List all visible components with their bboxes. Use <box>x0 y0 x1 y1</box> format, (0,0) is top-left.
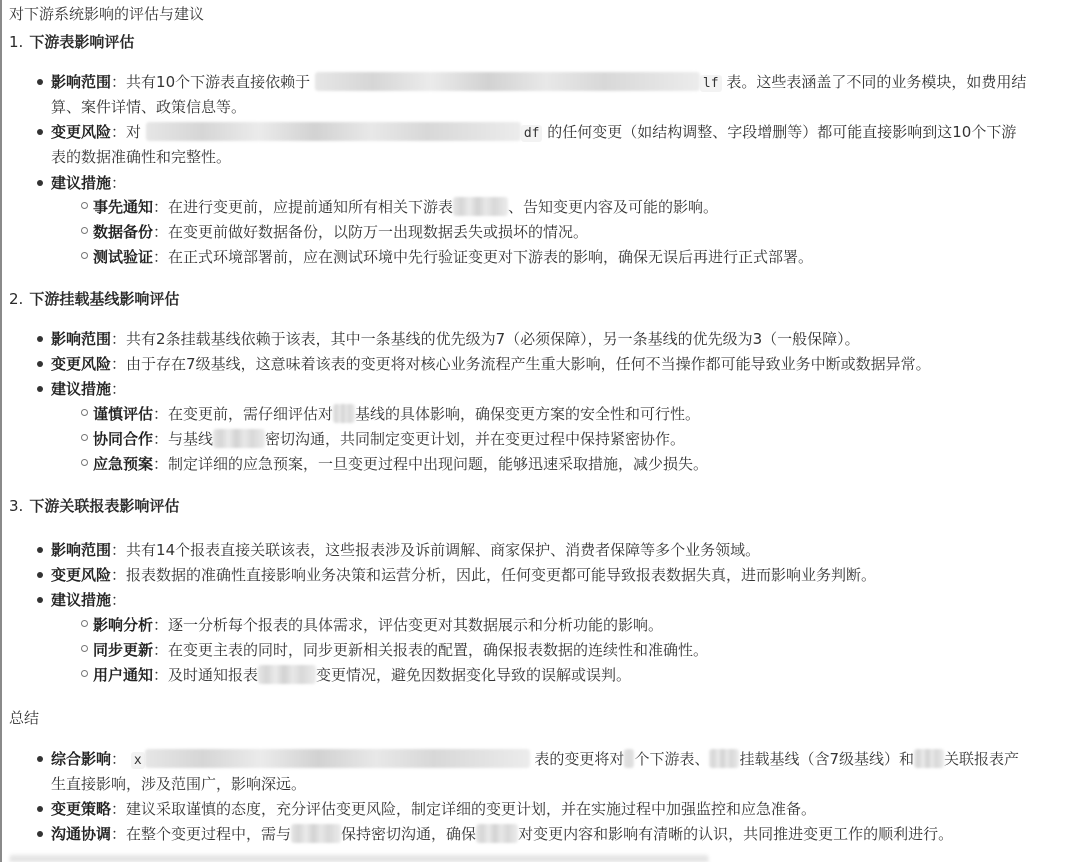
separator: ： <box>153 616 168 634</box>
item-text: 的任何变更（如结构调整、字段增删等）都可能直接影响到这10个下游 <box>547 123 1016 141</box>
separator: ： <box>111 380 126 398</box>
separator: ： <box>153 223 168 241</box>
list-item: 建议措施： <box>51 378 126 399</box>
item-label: 用户通知 <box>93 666 153 684</box>
item-label: 事先通知 <box>93 198 153 216</box>
sub-list-item: 影响分析：逐一分析每个报表的具体需求，评估变更对其数据展示和分析功能的影响。 <box>93 614 663 635</box>
section-title: 下游关联报表影响评估 <box>29 497 179 515</box>
item-text: 与基线 <box>168 430 213 448</box>
item-text: 基线的具体影响，确保变更方案的安全性和可行性。 <box>355 405 700 423</box>
list-item: 变更风险：由于存在7级基线，这意味着该表的变更将对核心业务流程产生重大影响，任何… <box>51 353 931 374</box>
separator: ： <box>111 566 126 584</box>
list-item-continuation: 表的数据准确性和完整性。 <box>51 146 231 167</box>
item-text: 表。这些表涵盖了不同的业务模块，如费用结 <box>726 73 1026 91</box>
list-item: 沟通协调：在整个变更过程中，需与保持密切沟通，确保对变更内容和影响有清晰的认识，… <box>51 823 953 844</box>
circle-bullet-icon <box>81 227 88 234</box>
item-label: 影响分析 <box>93 616 153 634</box>
sub-list-item: 应急预案：制定详细的应急预案，一旦变更过程中出现问题，能够迅速采取措施，减少损失… <box>93 453 708 474</box>
bullet-icon <box>37 831 43 837</box>
item-label: 数据备份 <box>93 223 153 241</box>
separator: ： <box>111 825 126 843</box>
separator: ： <box>111 330 126 348</box>
table-name-suffix: df <box>521 125 543 142</box>
sub-list-item: 用户通知：及时通知报表变更情况，避免因数据变化导致的误解或误判。 <box>93 664 631 685</box>
item-text: 在进行变更前，应提前通知所有相关下游表 <box>168 198 453 216</box>
redacted-text <box>146 122 521 141</box>
item-label: 影响范围 <box>51 541 111 559</box>
sub-list-item: 数据备份：在变更前做好数据备份，以防万一出现数据丢失或损坏的情况。 <box>93 221 588 242</box>
item-text: 、告知变更内容及可能的影响。 <box>508 198 718 216</box>
item-label: 综合影响 <box>51 750 111 768</box>
separator: ： <box>111 750 126 768</box>
redacted-text <box>258 665 316 684</box>
separator: ： <box>153 666 168 684</box>
list-item: 变更策略：建议采取谨慎的态度，充分评估变更风险，制定详细的变更计划，并在实施过程… <box>51 798 816 819</box>
section-number: 2. <box>9 290 23 308</box>
item-text: 在变更前做好数据备份，以防万一出现数据丢失或损坏的情况。 <box>168 223 588 241</box>
list-item: 变更风险：对 df 的任何变更（如结构调整、字段增删等）都可能直接影响到这10个… <box>51 121 1016 142</box>
item-text: 在变更主表的同时，同步更新相关报表的配置，确保报表数据的连续性和准确性。 <box>168 641 708 659</box>
item-text: 对变更内容和影响有清晰的认识，共同推进变更工作的顺利进行。 <box>518 825 953 843</box>
item-label: 建议措施 <box>51 591 111 609</box>
bullet-icon <box>37 361 43 367</box>
separator: ： <box>111 123 126 141</box>
separator: ： <box>153 405 168 423</box>
item-label: 变更策略 <box>51 800 111 818</box>
redacted-text <box>709 749 739 768</box>
list-item-continuation: 生直接影响，涉及范围广，影响深远。 <box>51 773 306 794</box>
redacted-text <box>315 72 700 91</box>
item-label: 应急预案 <box>93 455 153 473</box>
section-1-heading: 1.下游表影响评估 <box>9 31 134 52</box>
separator: ： <box>153 455 168 473</box>
list-item-continuation: 算、案件详情、政策信息等。 <box>51 96 246 117</box>
circle-bullet-icon <box>81 620 88 627</box>
circle-bullet-icon <box>81 459 88 466</box>
sub-list-item: 协同合作：与基线密切沟通，共同制定变更计划，并在变更过程中保持紧密协作。 <box>93 428 685 449</box>
item-label: 沟通协调 <box>51 825 111 843</box>
list-item: 影响范围：共有14个报表直接关联该表，这些报表涉及诉前调解、商家保护、消费者保障… <box>51 539 760 560</box>
bullet-icon <box>37 129 43 135</box>
item-label: 影响范围 <box>51 73 111 91</box>
sub-list-item: 测试验证：在正式环境部署前，应在测试环境中先行验证变更对下游表的影响，确保无误后… <box>93 246 813 267</box>
list-item: 建议措施： <box>51 589 126 610</box>
item-text: 逐一分析每个报表的具体需求，评估变更对其数据展示和分析功能的影响。 <box>168 616 663 634</box>
table-name-suffix: lf <box>700 75 722 92</box>
item-text: 由于存在7级基线，这意味着该表的变更将对核心业务流程产生重大影响，任何不当操作都… <box>126 355 931 373</box>
section-3-heading: 3.下游关联报表影响评估 <box>9 495 179 516</box>
redacted-text <box>333 404 355 423</box>
separator: ： <box>153 198 168 216</box>
separator: ： <box>111 355 126 373</box>
list-item: 影响范围：共有10个下游表直接依赖于 lf 表。这些表涵盖了不同的业务模块，如费… <box>51 71 1026 92</box>
list-item: 变更风险：报表数据的准确性直接影响业务决策和运营分析，因此，任何变更都可能导致报… <box>51 564 876 585</box>
list-item: 建议措施： <box>51 172 126 193</box>
item-text: 变更情况，避免因数据变化导致的误解或误判。 <box>316 666 631 684</box>
item-text: 共有14个报表直接关联该表，这些报表涉及诉前调解、商家保护、消费者保障等多个业务… <box>126 541 760 559</box>
item-text: 报表数据的准确性直接影响业务决策和运营分析，因此，任何变更都可能导致报表数据失真… <box>126 566 876 584</box>
bullet-icon <box>37 597 43 603</box>
separator: ： <box>111 174 126 192</box>
item-text: 共有10个下游表直接依赖于 <box>126 73 310 91</box>
cut-off-text-line <box>9 850 709 862</box>
sub-list-item: 谨慎评估：在变更前，需仔细评估对基线的具体影响，确保变更方案的安全性和可行性。 <box>93 403 700 424</box>
section-number: 1. <box>9 33 23 51</box>
summary-heading: 总结 <box>9 707 39 728</box>
circle-bullet-icon <box>81 645 88 652</box>
item-text: 表的变更将对 <box>534 750 624 768</box>
circle-bullet-icon <box>81 434 88 441</box>
item-label: 同步更新 <box>93 641 153 659</box>
section-title: 下游挂载基线影响评估 <box>29 290 179 308</box>
item-text: 挂载基线（含7级基线）和 <box>739 750 914 768</box>
section-2-heading: 2.下游挂载基线影响评估 <box>9 288 179 309</box>
redacted-text <box>213 429 265 448</box>
redacted-text <box>9 855 709 862</box>
bullet-icon <box>37 386 43 392</box>
circle-bullet-icon <box>81 670 88 677</box>
item-label: 建议措施 <box>51 174 111 192</box>
item-label: 谨慎评估 <box>93 405 153 423</box>
bullet-icon <box>37 756 43 762</box>
table-name-prefix: x <box>131 752 145 769</box>
bullet-icon <box>37 547 43 553</box>
separator: ： <box>111 541 126 559</box>
bullet-icon <box>37 336 43 342</box>
separator: ： <box>153 248 168 266</box>
item-text: 共有2条挂载基线依赖于该表，其中一条基线的优先级为7（必须保障），另一条基线的优… <box>126 330 860 348</box>
item-text: 保持密切沟通，确保 <box>341 825 476 843</box>
separator: ： <box>111 73 126 91</box>
bullet-icon <box>37 572 43 578</box>
circle-bullet-icon <box>81 202 88 209</box>
item-text: 建议采取谨慎的态度，充分评估变更风险，制定详细的变更计划，并在实施过程中加强监控… <box>126 800 816 818</box>
item-text: 在整个变更过程中，需与 <box>126 825 291 843</box>
separator: ： <box>111 800 126 818</box>
section-number: 3. <box>9 497 23 515</box>
redacted-text <box>291 824 341 843</box>
document-title: 对下游系统影响的评估与建议 <box>9 3 204 24</box>
separator: ： <box>153 430 168 448</box>
redacted-text <box>476 824 518 843</box>
item-text: 在正式环境部署前，应在测试环境中先行验证变更对下游表的影响，确保无误后再进行正式… <box>168 248 813 266</box>
separator: ： <box>153 641 168 659</box>
sub-list-item: 同步更新：在变更主表的同时，同步更新相关报表的配置，确保报表数据的连续性和准确性… <box>93 639 708 660</box>
item-text: 关联报表产 <box>944 750 1019 768</box>
item-label: 变更风险 <box>51 566 111 584</box>
item-label: 变更风险 <box>51 355 111 373</box>
circle-bullet-icon <box>81 252 88 259</box>
redacted-text <box>453 197 508 216</box>
item-label: 影响范围 <box>51 330 111 348</box>
separator: ： <box>111 591 126 609</box>
section-title: 下游表影响评估 <box>29 33 134 51</box>
item-text: 制定详细的应急预案，一旦变更过程中出现问题，能够迅速采取措施，减少损失。 <box>168 455 708 473</box>
item-text: 在变更前，需仔细评估对 <box>168 405 333 423</box>
redacted-text <box>624 749 634 768</box>
redacted-text <box>145 749 530 768</box>
item-text: 及时通知报表 <box>168 666 258 684</box>
item-label: 建议措施 <box>51 380 111 398</box>
bullet-icon <box>37 180 43 186</box>
item-label: 协同合作 <box>93 430 153 448</box>
sub-list-item: 事先通知：在进行变更前，应提前通知所有相关下游表、告知变更内容及可能的影响。 <box>93 196 718 217</box>
list-item: 综合影响： x 表的变更将对个下游表、挂载基线（含7级基线）和关联报表产 <box>51 748 1019 769</box>
item-label: 测试验证 <box>93 248 153 266</box>
item-text: 密切沟通，共同制定变更计划，并在变更过程中保持紧密协作。 <box>265 430 685 448</box>
item-text: 个下游表、 <box>634 750 709 768</box>
redacted-text <box>914 749 944 768</box>
item-label: 变更风险 <box>51 123 111 141</box>
list-item: 影响范围：共有2条挂载基线依赖于该表，其中一条基线的优先级为7（必须保障），另一… <box>51 328 860 349</box>
item-text: 对 <box>126 123 141 141</box>
bullet-icon <box>37 79 43 85</box>
left-border-rule <box>0 0 2 862</box>
circle-bullet-icon <box>81 409 88 416</box>
bullet-icon <box>37 806 43 812</box>
